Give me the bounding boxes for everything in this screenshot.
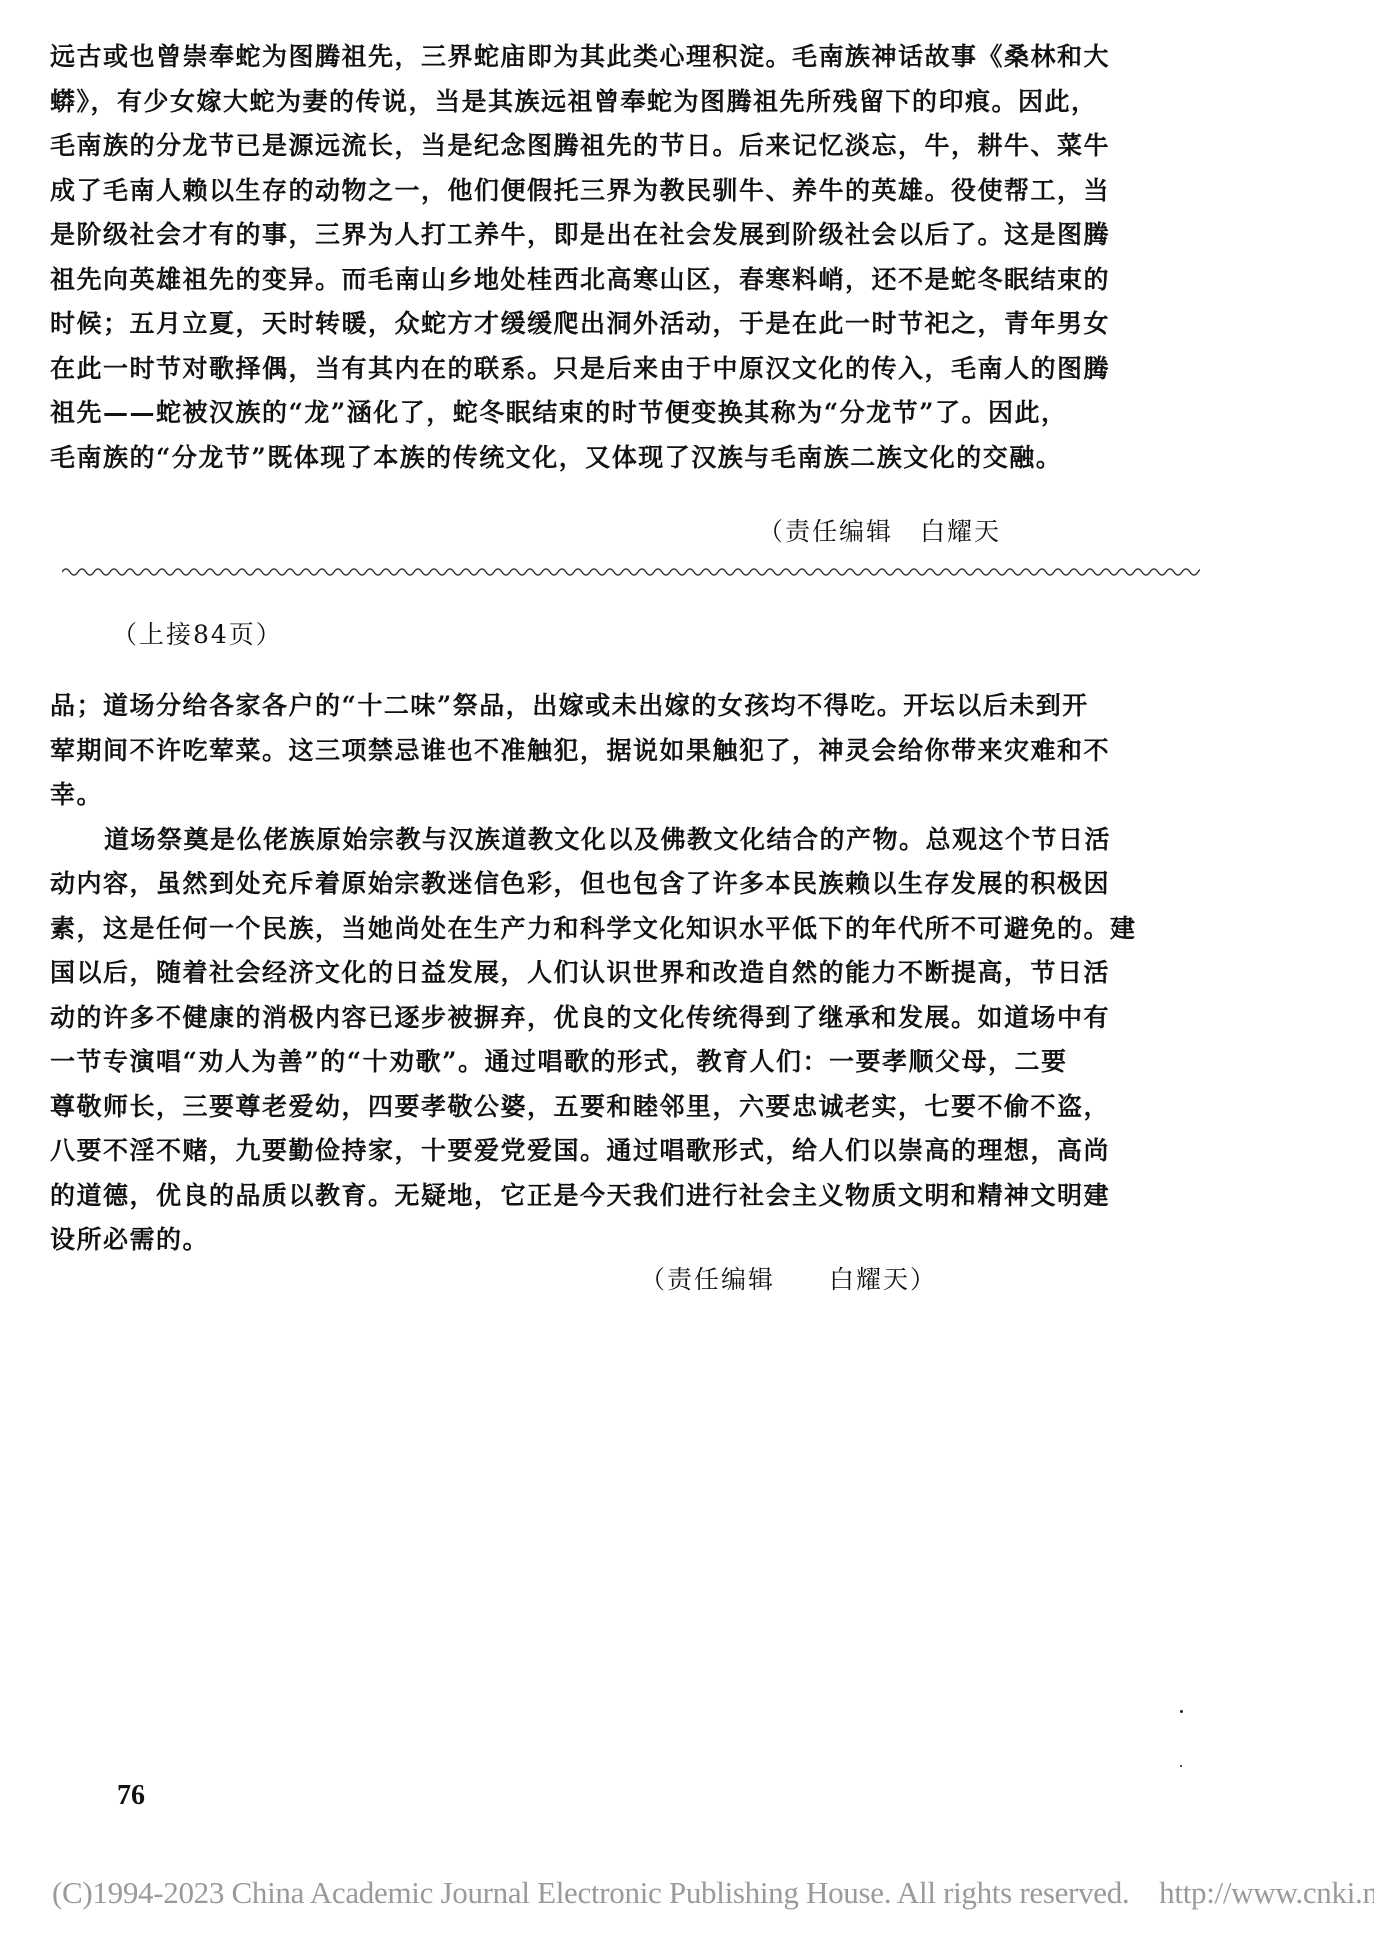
article-1-body: 远古或也曾崇奉蛇为图腾祖先，三界蛇庙即为其此类心理积淀。毛南族神话故事《桑林和大… [50,35,1225,480]
text-line: 道场祭奠是仫佬族原始宗教与汉族道教文化以及佛教文化结合的产物。总观这个节日活 [50,818,1225,863]
text-line: 动的许多不健康的消极内容已逐步被摒弃，优良的文化传统得到了继承和发展。如道场中有 [50,996,1225,1041]
text-line: 国以后，随着社会经济文化的日益发展，人们认识世界和改造自然的能力不断提高，节日活 [50,951,1225,996]
text-line: 祖先——蛇被汉族的“龙”涵化了，蛇冬眠结束的时节便变换其称为“分龙节”了。因此， [50,391,1225,436]
text-line: 成了毛南人赖以生存的动物之一，他们便假托三界为教民驯牛、养牛的英雄。役使帮工，当 [50,169,1225,214]
wavy-divider [62,566,1200,578]
text-line: 的道德，优良的品质以教育。无疑地，它正是今天我们进行社会主义物质文明和精神文明建 [50,1174,1225,1219]
text-line: 八要不淫不赌，九要勤俭持家，十要爱党爱国。通过唱歌形式，给人们以崇高的理想，高尚 [50,1129,1225,1174]
scan-speck [1180,1765,1182,1767]
scan-speck [1180,1710,1183,1713]
continued-from-note: （上接84页） [112,615,283,651]
text-line: 素，这是任何一个民族，当她尚处在生产力和科学文化知识水平低下的年代所不可避免的。… [50,907,1225,952]
editor-signoff: （责任编辑 白耀天） [640,1260,937,1296]
text-line: 幸。 [50,773,1225,818]
text-line: 在此一时节对歌择偶，当有其内在的联系。只是后来由于中原汉文化的传入，毛南人的图腾 [50,347,1225,392]
copyright-footer: (C)1994-2023 China Academic Journal Elec… [52,1875,1374,1911]
text-line: 是阶级社会才有的事，三界为人打工养牛，即是出在社会发展到阶级社会以后了。这是图腾 [50,213,1225,258]
text-line: 荤期间不许吃荤菜。这三项禁忌谁也不准触犯，据说如果触犯了，神灵会给你带来灾难和不 [50,729,1225,774]
text-line: 尊敬师长，三要尊老爱幼，四要孝敬公婆，五要和睦邻里，六要忠诚老实，七要不偷不盗， [50,1085,1225,1130]
editor-signoff: （责任编辑 白耀天 [758,512,1001,548]
text-line: 蟒》，有少女嫁大蛇为妻的传说，当是其族远祖曾奉蛇为图腾祖先所残留下的印痕。因此， [50,80,1225,125]
text-line: 动内容，虽然到处充斥着原始宗教迷信色彩，但也包含了许多本民族赖以生存发展的积极因 [50,862,1225,907]
text-line: 时候；五月立夏，天时转暖，众蛇方才缓缓爬出洞外活动，于是在此一时节祀之，青年男女 [50,302,1225,347]
text-line: 毛南族的分龙节已是源远流长，当是纪念图腾祖先的节日。后来记忆淡忘，牛，耕牛、菜牛 [50,124,1225,169]
text-line: 毛南族的“分龙节”既体现了本族的传统文化，又体现了汉族与毛南族二族文化的交融。 [50,436,1225,481]
text-line: 远古或也曾崇奉蛇为图腾祖先，三界蛇庙即为其此类心理积淀。毛南族神话故事《桑林和大 [50,35,1225,80]
text-line: 设所必需的。 [50,1218,1225,1263]
text-line: 祖先向英雄祖先的变异。而毛南山乡地处桂西北高寒山区，春寒料峭，还不是蛇冬眠结束的 [50,258,1225,303]
text-line: 品；道场分给各家各户的“十二味”祭品，出嫁或未出嫁的女孩均不得吃。开坛以后未到开 [50,684,1225,729]
page-number: 76 [117,1780,145,1812]
article-2-body: 品；道场分给各家各户的“十二味”祭品，出嫁或未出嫁的女孩均不得吃。开坛以后未到开… [50,684,1225,1263]
text-line: 一节专演唱“劝人为善”的“十劝歌”。通过唱歌的形式，教育人们：一要孝顺父母，二要 [50,1040,1225,1085]
